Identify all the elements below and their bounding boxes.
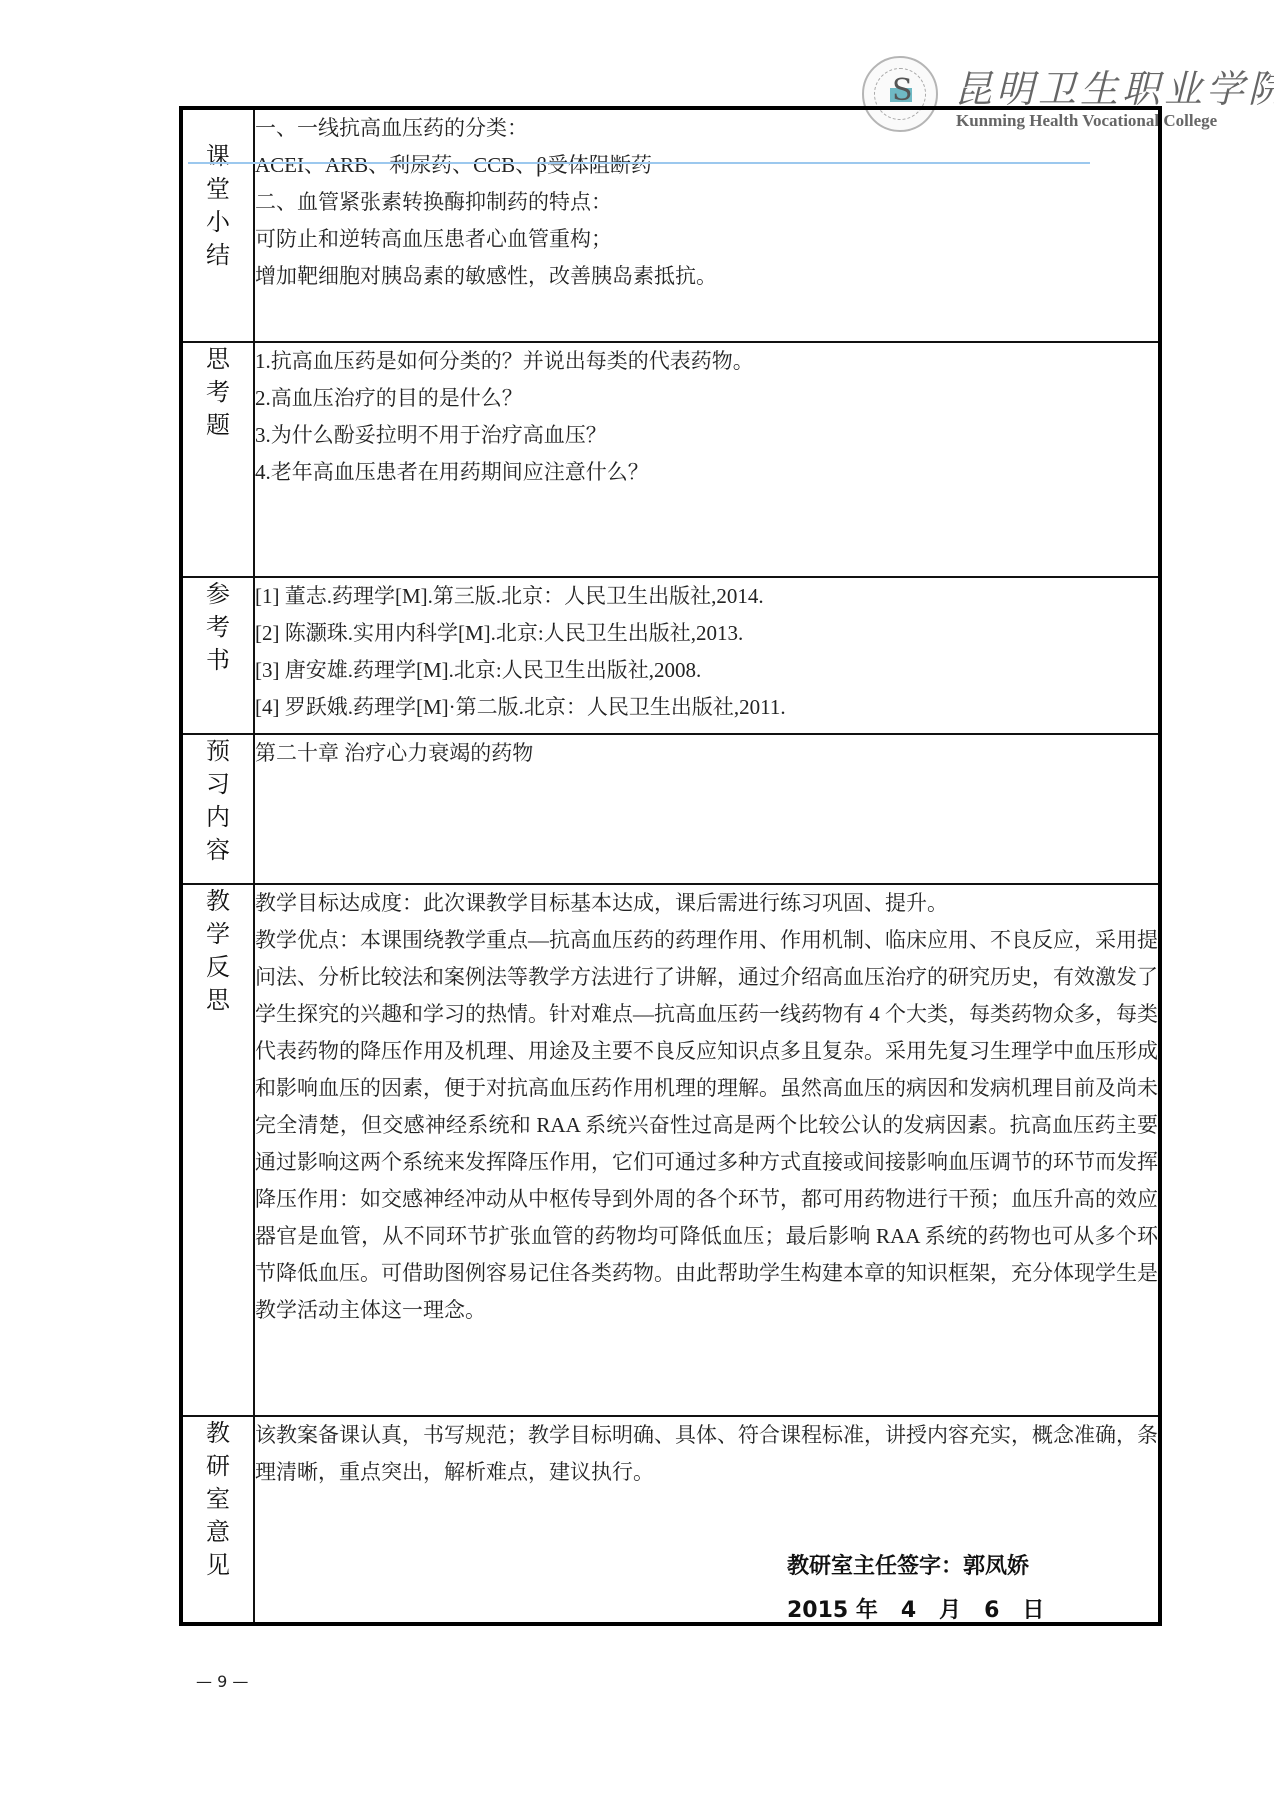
- signature-date: 2015 年 4 月 6 日: [787, 1589, 1044, 1633]
- reflection-paragraph: 教学优点：本课围绕教学重点—抗高血压药的药理作用、作用机制、临床应用、不良反应，…: [255, 922, 1158, 1329]
- page-number: — 9 —: [196, 1672, 248, 1691]
- opinion-text: 该教案备课认真，书写规范；教学目标明确、具体、符合课程标准，讲授内容充实，概念准…: [255, 1417, 1158, 1491]
- annotation-line: [188, 162, 1090, 164]
- row-questions: 思 考 题 1.抗高血压药是如何分类的？并说出每类的代表药物。 2.高血压治疗的…: [181, 342, 1160, 577]
- row-preview: 预 习 内 容 第二十章 治疗心力衰竭的药物: [181, 734, 1160, 884]
- references-content: [1] 董志.药理学[M].第三版.北京：人民卫生出版社,2014. [2] 陈…: [254, 577, 1160, 734]
- row-teaching-reflection: 教 学 反 思 教学目标达成度：此次课教学目标基本达成，课后需进行练习巩固、提升…: [181, 884, 1160, 1416]
- department-opinion-content: 该教案备课认真，书写规范；教学目标明确、具体、符合课程标准，讲授内容充实，概念准…: [254, 1416, 1160, 1624]
- row-department-opinion: 教 研 室 意 见 该教案备课认真，书写规范；教学目标明确、具体、符合课程标准，…: [181, 1416, 1160, 1624]
- questions-content: 1.抗高血压药是如何分类的？并说出每类的代表药物。 2.高血压治疗的目的是什么？…: [254, 342, 1160, 577]
- question-item: 2.高血压治疗的目的是什么？: [255, 380, 1158, 417]
- question-item: 4.老年高血压患者在用药期间应注意什么？: [255, 454, 1158, 491]
- label-preview: 预 习 内 容: [181, 734, 254, 884]
- summary-line: 二、血管紧张素转换酶抑制药的特点：: [255, 184, 1158, 221]
- summary-line: 增加靶细胞对胰岛素的敏感性，改善胰岛素抵抗。: [255, 258, 1158, 295]
- question-item: 3.为什么酚妥拉明不用于治疗高血压？: [255, 417, 1158, 454]
- label-questions: 思 考 题: [181, 342, 254, 577]
- row-class-summary: 课 堂 小 结 一、一线抗高血压药的分类： ACEI、ARB、利尿药、CCB、β…: [181, 108, 1160, 342]
- label-department-opinion: 教 研 室 意 见: [181, 1416, 254, 1624]
- label-class-summary: 课 堂 小 结: [181, 108, 254, 342]
- reference-item: [3] 唐安雄.药理学[M].北京:人民卫生出版社,2008.: [255, 652, 1158, 689]
- label-references: 参 考 书: [181, 577, 254, 734]
- reference-item: [1] 董志.药理学[M].第三版.北京：人民卫生出版社,2014.: [255, 578, 1158, 615]
- signature-label: 教研室主任签字：郭凤娇: [787, 1545, 1044, 1589]
- reference-item: [2] 陈灏珠.实用内科学[M].北京:人民卫生出版社,2013.: [255, 615, 1158, 652]
- preview-content: 第二十章 治疗心力衰竭的药物: [254, 734, 1160, 884]
- reference-item: [4] 罗跃娥.药理学[M]·第二版.北京：人民卫生出版社,2011.: [255, 689, 1158, 726]
- question-item: 1.抗高血压药是如何分类的？并说出每类的代表药物。: [255, 343, 1158, 380]
- preview-line: 第二十章 治疗心力衰竭的药物: [255, 735, 1158, 772]
- summary-line: 可防止和逆转高血压患者心血管重构；: [255, 221, 1158, 258]
- signature-block: 教研室主任签字：郭凤娇 2015 年 4 月 6 日: [787, 1545, 1044, 1633]
- class-summary-content: 一、一线抗高血压药的分类： ACEI、ARB、利尿药、CCB、β受体阻断药 二、…: [254, 108, 1160, 342]
- summary-line: ACEI、ARB、利尿药、CCB、β受体阻断药: [255, 147, 1158, 184]
- label-teaching-reflection: 教 学 反 思: [181, 884, 254, 1416]
- row-references: 参 考 书 [1] 董志.药理学[M].第三版.北京：人民卫生出版社,2014.…: [181, 577, 1160, 734]
- lesson-plan-table: 课 堂 小 结 一、一线抗高血压药的分类： ACEI、ARB、利尿药、CCB、β…: [179, 106, 1162, 1626]
- teaching-reflection-content: 教学目标达成度：此次课教学目标基本达成，课后需进行练习巩固、提升。 教学优点：本…: [254, 884, 1160, 1416]
- summary-line: 一、一线抗高血压药的分类：: [255, 110, 1158, 147]
- college-name-cn: 昆明卫生职业学院: [954, 58, 1274, 113]
- reflection-paragraph: 教学目标达成度：此次课教学目标基本达成，课后需进行练习巩固、提升。: [255, 885, 1158, 922]
